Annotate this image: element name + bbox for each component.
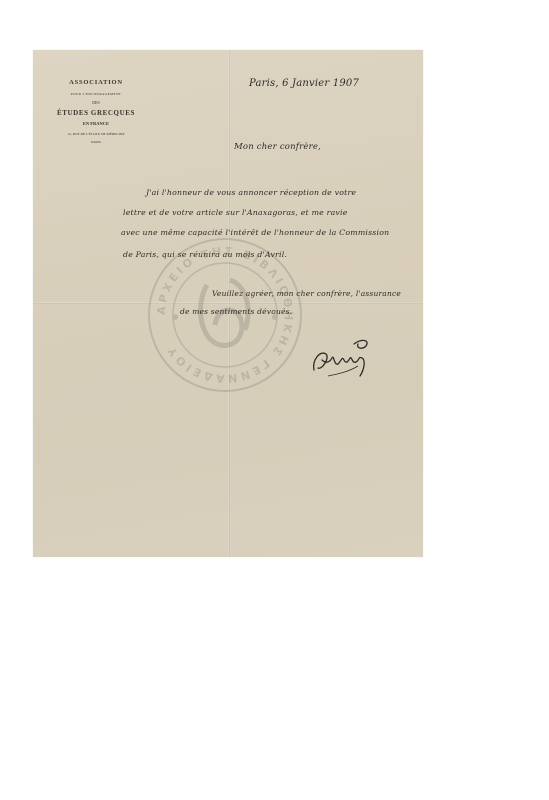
signature-icon: [308, 330, 388, 380]
letter-salutation: Mon cher confrère,: [234, 142, 321, 152]
closing-line: Veuillez agréer, mon cher confrère, l'as…: [212, 289, 401, 298]
closing-line: de mes sentiments dévoués.: [180, 307, 292, 316]
letterhead-title: ÉTUDES GRECQUES: [41, 110, 151, 117]
body-line: J'ai l'honneur de vous annoncer réceptio…: [146, 188, 356, 197]
body-line: lettre et de votre article sur l'Anaxago…: [123, 208, 348, 217]
letterhead-line: POUR L'ENCOURAGEMENT: [41, 93, 151, 97]
letterhead-line: DES: [41, 101, 151, 105]
letterhead: ASSOCIATION POUR L'ENCOURAGEMENT DES ÉTU…: [41, 80, 151, 145]
letterhead-city: PARIS: [41, 141, 151, 145]
letter-page: ΑΡΧΕΙΟ ΤΗΣ ΒΙΒΛΙΟΘΗΚΗΣ ΓΕΝΝΑΔΕΙΟΥ ASSOCI…: [33, 50, 423, 557]
letter-date: Paris, 6 Janvier 1907: [249, 78, 359, 89]
letterhead-line: ASSOCIATION: [41, 80, 151, 87]
letterhead-address: 12, RUE DE L'ÉCOLE DE MÉDECINE: [41, 133, 151, 137]
body-line: de Paris, qui se réunira au mois d'Avril…: [123, 250, 287, 259]
body-line: avec une même capacité l'intérêt de l'ho…: [121, 228, 389, 237]
letterhead-line: EN FRANCE: [41, 122, 151, 127]
